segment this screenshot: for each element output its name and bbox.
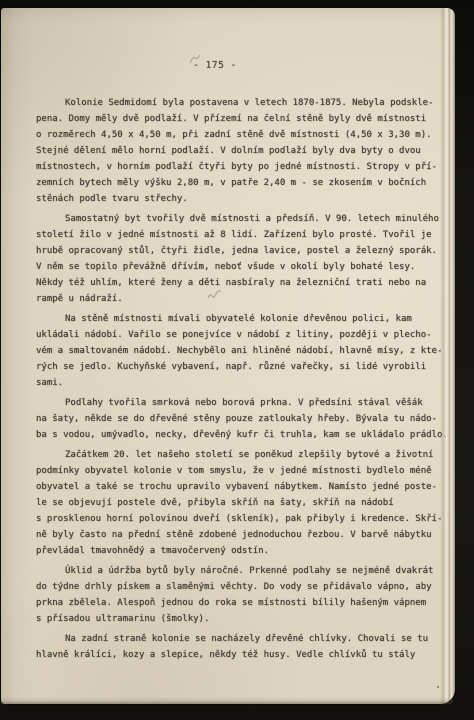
text-line: do týdne drhly pískem a slaměnými věchty…: [36, 579, 451, 595]
text-line: Začátkem 20. let našeho století se poněk…: [36, 447, 451, 463]
paragraph: Kolonie Sedmidomí byla postavena v letec…: [36, 95, 451, 207]
text-line: Kolonie Sedmidomí byla postavena v letec…: [36, 95, 451, 111]
text-line: ba s vodou, umývadlo, necky, dřevěný kuf…: [36, 427, 451, 443]
paper-speck: [420, 434, 423, 435]
text-line: Někdy též uhlím, které ženy a děti nasbí…: [36, 275, 451, 291]
text-line: sami.: [36, 375, 451, 391]
text-line: Podlahy tvořila smrková nebo borová prkn…: [36, 395, 451, 411]
text-line: V něm se topilo převážně dřívím, neboť v…: [36, 259, 451, 275]
page-bottom-edge: [1, 697, 455, 704]
text-line: rampě u nádraží.: [36, 291, 451, 307]
text-line: o rozměrech 4,50 x 4,50 m, při zadní stě…: [36, 127, 451, 143]
paragraph: Na stěně místnosti mívali obyvatelé kolo…: [36, 311, 451, 391]
text-line: místnostech, v horním podlaží čtyři byty…: [36, 159, 451, 175]
text-line: Úklid a údržba bytů byly náročné. Prkenn…: [36, 563, 451, 579]
paragraph: Úklid a údržba bytů byly náročné. Prkenn…: [36, 563, 451, 627]
text-line: Stejné dělení mělo horní podlaží. V doln…: [36, 143, 451, 159]
paragraph: Začátkem 20. let našeho století se poněk…: [36, 447, 451, 559]
text-line: na šaty, někde se do dřevěné stěny pouze…: [36, 411, 451, 427]
text-line: le se objevují postele dvě, přibyla skří…: [36, 495, 451, 511]
text-line: století žilo v jedné místnosti až 8 lidí…: [36, 227, 451, 243]
text-line: převládal tmavohnědý a tmavočervený odst…: [36, 543, 451, 559]
text-line: s prosklenou horní polovinou dveří (skle…: [36, 511, 451, 527]
text-line: pena. Domy měly dvě podlaží. V přízemí n…: [36, 111, 451, 127]
page-number: - 175 -: [0, 60, 442, 71]
text-line: Na zadní straně kolonie se nacházely dře…: [36, 631, 451, 647]
text-line: zemních bytech měly výšku 2,80 m, v patř…: [36, 175, 451, 191]
book-page: - 175 - Kolonie Sedmidomí byla postavena…: [1, 8, 455, 704]
text-line: ně byly často na přední stěně zdobené je…: [36, 527, 451, 543]
text-line: Samostatný byt tvořily dvě místnosti a p…: [36, 211, 451, 227]
pencil-mark-icon: [206, 286, 224, 305]
text-line: podmínky obyvatel kolonie v tom smyslu, …: [36, 463, 451, 479]
text-line: Na stěně místnosti mívali obyvatelé kolo…: [36, 311, 451, 327]
text-line: rých se jedlo. Kuchyňské vybavení, např.…: [36, 359, 451, 375]
page-stack-edge: [440, 8, 455, 704]
paragraph: Samostatný byt tvořily dvě místnosti a p…: [36, 211, 451, 307]
text-line: obyvatel a také se trochu upravilo vybav…: [36, 479, 451, 495]
scanned-book-photo: - 175 - Kolonie Sedmidomí byla postavena…: [0, 0, 474, 720]
pencil-mark-icon: [188, 50, 202, 69]
text-line: hlavně králíci, kozy a slepice, někdy té…: [36, 647, 451, 663]
paper-speck: [437, 686, 439, 688]
text-line: prkna zbělela. Alespoň jednou do roka se…: [36, 595, 451, 611]
text-line: hrubě opracovaný stůl, čtyři židle, jedn…: [36, 243, 451, 259]
text-line: vém a smaltovaném nádobí. Nechybělo ani …: [36, 343, 451, 359]
typewritten-text: Kolonie Sedmidomí byla postavena v letec…: [36, 95, 451, 663]
paragraph: Na zadní straně kolonie se nacházely dře…: [36, 631, 451, 663]
text-line: s přísadou ultramarinu (šmolky).: [36, 611, 451, 627]
text-line: stěnách podle tvaru střechy.: [36, 191, 451, 207]
text-line: ukládali nádobí. Vařilo se ponejvíce v n…: [36, 327, 451, 343]
paragraph: Podlahy tvořila smrková nebo borová prkn…: [36, 395, 451, 443]
